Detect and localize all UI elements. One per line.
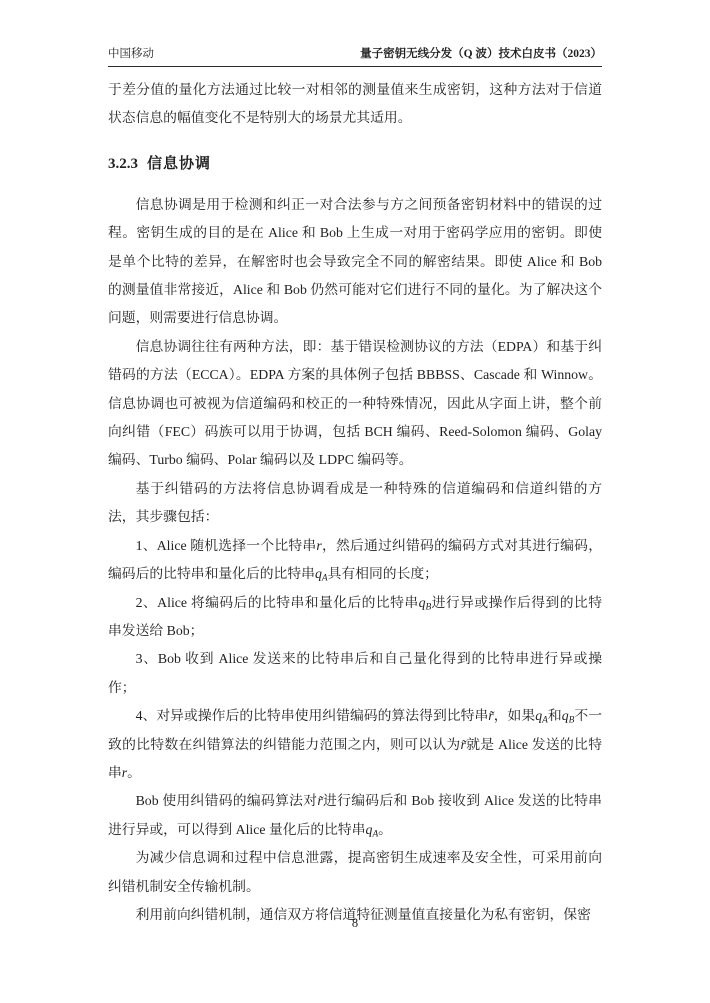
math-variable: r	[316, 538, 321, 553]
paragraph: 基于纠错码的方法将信息协调看成是一种特殊的信道编码和信道纠错的方法，其步骤包括：	[108, 475, 602, 532]
paragraph: 3、Bob 收到 Alice 发送来的比特串后和自己量化得到的比特串进行异或操作…	[108, 645, 602, 702]
math-variable: r̃	[317, 793, 322, 808]
paragraph: 信息协调往往有两种方法，即：基于错误检测协议的方法（EDPA）和基于纠错码的方法…	[108, 333, 602, 475]
page-footer: 8	[0, 914, 710, 932]
paragraph: 信息协调是用于检测和纠正一对合法参与方之间预备密钥材料中的错误的过程。密钥生成的…	[108, 191, 602, 333]
math-variable: qB	[419, 595, 432, 610]
header-right-text: 量子密钥无线分发（Q 波）技术白皮书（2023）	[360, 46, 602, 62]
math-variable: r̃	[461, 737, 466, 752]
page-number: 8	[352, 916, 358, 930]
document-body: 于差分值的量化方法通过比较一对相邻的测量值来生成密钥，这种方法对于信道状态信息的…	[108, 76, 602, 929]
page-header: 中国移动 量子密钥无线分发（Q 波）技术白皮书（2023）	[108, 46, 602, 67]
heading-number: 3.2.3	[108, 156, 138, 172]
section-heading: 3.2.3信息协调	[108, 153, 602, 175]
paragraph: 1、Alice 随机选择一个比特串r，然后通过纠错码的编码方式对其进行编码，编码…	[108, 532, 602, 589]
paragraph: 2、Alice 将编码后的比特串和量化后的比特串qB进行异或操作后得到的比特串发…	[108, 589, 602, 646]
heading-title: 信息协调	[147, 155, 211, 172]
math-variable: r	[122, 765, 127, 780]
math-variable: qB	[562, 708, 575, 723]
paragraph: 4、对异或操作后的比特串使用纠错编码的算法得到比特串r̃，如果qA和qB不一致的…	[108, 702, 602, 787]
paragraph: 于差分值的量化方法通过比较一对相邻的测量值来生成密钥，这种方法对于信道状态信息的…	[108, 76, 602, 133]
math-variable: qA	[315, 566, 328, 581]
paragraph: 为减少信息调和过程中信息泄露，提高密钥生成速率及安全性，可采用前向纠错机制安全传…	[108, 844, 602, 901]
document-page: 中国移动 量子密钥无线分发（Q 波）技术白皮书（2023） 于差分值的量化方法通…	[0, 0, 710, 1003]
math-variable: qA	[366, 822, 379, 837]
header-left-text: 中国移动	[108, 46, 154, 62]
paragraph: Bob 使用纠错码的编码算法对r̃进行编码后和 Bob 接收到 Alice 发送…	[108, 787, 602, 844]
math-variable: r̃	[488, 708, 493, 723]
math-variable: qA	[535, 708, 548, 723]
